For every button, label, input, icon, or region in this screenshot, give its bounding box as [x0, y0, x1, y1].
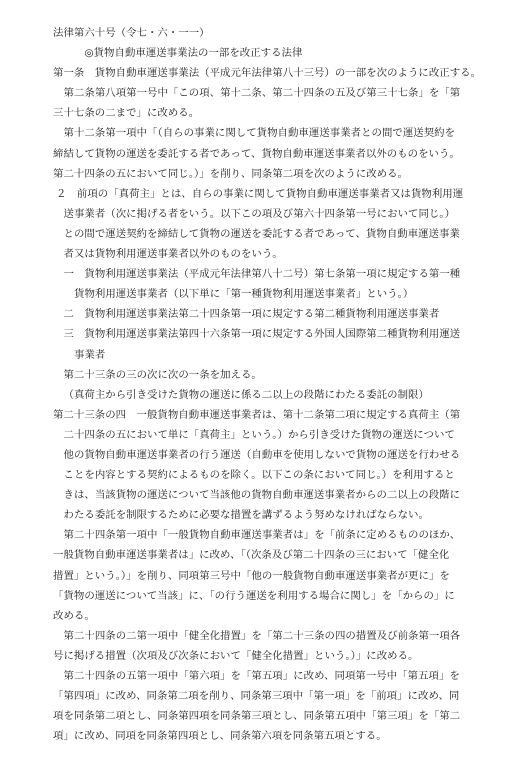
document-line: 送事業者（次に掲げる者をいう。以下この項及び第六十四条第一号において同じ。） — [53, 204, 473, 224]
law-number: 法律第六十号（令七・六・一一） — [53, 23, 473, 43]
document-line: 第二十三条の四 一般貨物自動車運送事業者は、第十二条第二項に規定する真荷主（第 — [53, 405, 473, 425]
document-line: 号に掲げる措置（次項及び次条において「健全化措置」という。）」に改める。 — [53, 646, 473, 666]
document-body: 第一条 貨物自動車運送事業法（平成元年法律第八十三号）の一部を次のように改正する… — [53, 63, 473, 746]
document-line: との間で運送契約を締結して貨物の運送を委託する者であって、貨物自動車運送事業 — [53, 224, 473, 244]
document-line: 事業者 — [53, 345, 473, 365]
document-line: 第二十四条の二第一項中「健全化措置」を「第二十三条の四の措置及び前条第一項各 — [53, 626, 473, 646]
document-page: 法律第六十号（令七・六・一一） ◎貨物自動車運送事業法の一部を改正する法律 第一… — [53, 23, 473, 746]
law-title: ◎貨物自動車運送事業法の一部を改正する法律 — [53, 43, 473, 63]
document-line: 「第四項」に改め、同条第二項を削り、同条第三項中「第一項」を「前項」に改め、同 — [53, 686, 473, 706]
document-line: 項」に改め、同項を同条第四項とし、同条第六項を同条第五項とする。 — [53, 726, 473, 746]
document-line: 二十四条の五において単に「真荷主」という。）から引き受けた貨物の運送について — [53, 425, 473, 445]
document-line: 第十二条第一項中「（自らの事業に関して貨物自動車運送事業者との間で運送契約を — [53, 123, 473, 143]
document-line: 他の貨物自動車運送事業者の行う運送（自動車を使用しないで貨物の運送を行わせる — [53, 445, 473, 465]
document-line: 締結して貨物の運送を委託する者であって、貨物自動車運送事業者以外のものをいう。 — [53, 144, 473, 164]
document-line: 一般貨物自動車運送事業者は」に改め、「（次条及び第二十四条の三において「健全化 — [53, 545, 473, 565]
document-line: 第二条第八項第一号中「この項、第十二条、第二十四条の五及び第三十七条」を「第 — [53, 83, 473, 103]
document-line: 措置」という。）」を削り、同項第三号中「他の一般貨物自動車運送事業者が更に」を — [53, 566, 473, 586]
document-line: 「貨物の運送について当該」に、「の行う運送を利用する場合に関し」を「からの」に — [53, 586, 473, 606]
document-line: 貨物利用運送事業者（以下単に「第一種貨物利用運送事業者」という。） — [53, 284, 473, 304]
document-line: わたる委託を制限するために必要な措置を講ずるよう努めなければならない。 — [53, 505, 473, 525]
document-line: ことを内容とする契約によるものを除く。以下この条において同じ。）を利用すると — [53, 465, 473, 485]
document-line: 者又は貨物利用運送事業者以外のものをいう。 — [53, 244, 473, 264]
document-line: 第二十四条の五第一項中「第六項」を「第五項」に改め、同項第一号中「第五項」を — [53, 666, 473, 686]
document-line: 一 貨物利用運送事業法（平成元年法律第八十二号）第七条第一項に規定する第一種 — [53, 264, 473, 284]
document-line: 二 貨物利用運送事業法第二十四条第一項に規定する第二種貨物利用運送事業者 — [53, 304, 473, 324]
document-line: 改める。 — [53, 606, 473, 626]
document-line: 第二十四条の五において同じ。）」を削り、同条第二項を次のように改める。 — [53, 164, 473, 184]
document-line: （真荷主から引き受けた貨物の運送に係る二以上の段階にわたる委託の制限） — [53, 385, 473, 405]
document-line: 三 貨物利用運送事業法第四十六条第一項に規定する外国人国際第二種貨物利用運送 — [53, 324, 473, 344]
document-line: 第二十四条第一項中「一般貨物自動車運送事業者は」を「前条に定めるもののほか、 — [53, 525, 473, 545]
document-line: ２ 前項の「真荷主」とは、自らの事業に関して貨物自動車運送事業者又は貨物利用運 — [53, 184, 473, 204]
document-line: 項を同条第二項とし、同条第四項を同条第三項とし、同条第五項中「第三項」を「第二 — [53, 706, 473, 726]
document-line: 第一条 貨物自動車運送事業法（平成元年法律第八十三号）の一部を次のように改正する… — [53, 63, 473, 83]
document-line: 第二十三条の三の次に次の一条を加える。 — [53, 365, 473, 385]
document-line: 三十七条の二まで」に改める。 — [53, 103, 473, 123]
document-line: きは、当該貨物の運送について当該他の貨物自動車運送事業者からの二以上の段階に — [53, 485, 473, 505]
